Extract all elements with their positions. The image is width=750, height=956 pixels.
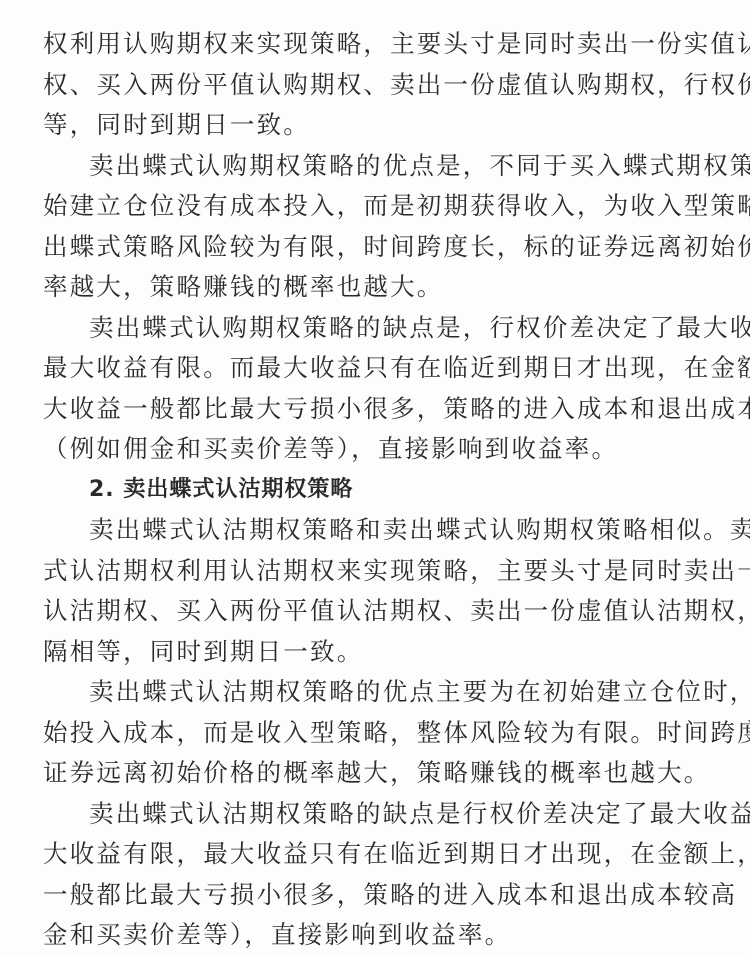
document-page: 权利用认购期权来实现策略，主要头寸是同时卖出一份实值认购期 权、买入两份平值认购… [43, 24, 691, 876]
paragraph-4: 卖出蝶式认沽期权策略和卖出蝶式认购期权策略相似。卖出蝶 式认沽期权利用认沽期权来… [43, 510, 691, 672]
text-line: 始投入成本，而是收入型策略，整体风险较为有限。时间跨度长，标的 [43, 713, 691, 754]
text-line: 大收益有限，最大收益只有在临近到期日才出现，在金额上，最大收益 [43, 834, 691, 875]
paragraph-3: 卖出蝶式认购期权策略的缺点是，行权价差决定了最大收益，但 最大收益有限。而最大收… [43, 308, 691, 470]
text-line: 卖出蝶式认购期权策略的优点是，不同于买入蝶式期权策略，初 [43, 146, 691, 187]
text-line: （例如佣金和买卖价差等），直接影响到收益率。 [43, 429, 691, 470]
section-heading: 2. 卖出蝶式认沽期权策略 [43, 470, 691, 511]
paragraph-2: 卖出蝶式认购期权策略的优点是，不同于买入蝶式期权策略，初 始建立仓位没有成本投入… [43, 146, 691, 308]
text-line: 隔相等，同时到期日一致。 [43, 632, 691, 673]
text-line: 权、买入两份平值认购期权、卖出一份虚值认购期权，行权价间隔相 [43, 65, 691, 106]
text-line: 等，同时到期日一致。 [43, 105, 691, 146]
text-line: 大收益一般都比最大亏损小很多，策略的进入成本和退出成本较高 [43, 389, 691, 430]
text-line: 卖出蝶式认沽期权策略和卖出蝶式认购期权策略相似。卖出蝶 [43, 510, 691, 551]
paragraph-1: 权利用认购期权来实现策略，主要头寸是同时卖出一份实值认购期 权、买入两份平值认购… [43, 24, 691, 146]
text-line: 卖出蝶式认购期权策略的缺点是，行权价差决定了最大收益，但 [43, 308, 691, 349]
text-line: 率越大，策略赚钱的概率也越大。 [43, 267, 691, 308]
text-line: 始建立仓位没有成本投入，而是初期获得收入，为收入型策略，同时卖 [43, 186, 691, 227]
text-line: 认沽期权、买入两份平值认沽期权、卖出一份虚值认沽期权，行权价间 [43, 591, 691, 632]
text-line: 最大收益有限。而最大收益只有在临近到期日才出现，在金额上，最 [43, 348, 691, 389]
text-line: 出蝶式策略风险较为有限，时间跨度长，标的证券远离初始价格的概 [43, 227, 691, 268]
heading-text: 2. 卖出蝶式认沽期权策略 [43, 470, 691, 511]
text-line: 卖出蝶式认沽期权策略的缺点是行权价差决定了最大收益，但最 [43, 794, 691, 835]
text-line: 卖出蝶式认沽期权策略的优点主要为在初始建立仓位时，没有初 [43, 672, 691, 713]
paragraph-5: 卖出蝶式认沽期权策略的优点主要为在初始建立仓位时，没有初 始投入成本，而是收入型… [43, 672, 691, 794]
text-line: 式认沽期权利用认沽期权来实现策略，主要头寸是同时卖出一份实值 [43, 551, 691, 592]
paragraph-6: 卖出蝶式认沽期权策略的缺点是行权价差决定了最大收益，但最 大收益有限，最大收益只… [43, 794, 691, 877]
text-line: 权利用认购期权来实现策略，主要头寸是同时卖出一份实值认购期 [43, 24, 691, 65]
text-line: 证券远离初始价格的概率越大，策略赚钱的概率也越大。 [43, 753, 691, 794]
